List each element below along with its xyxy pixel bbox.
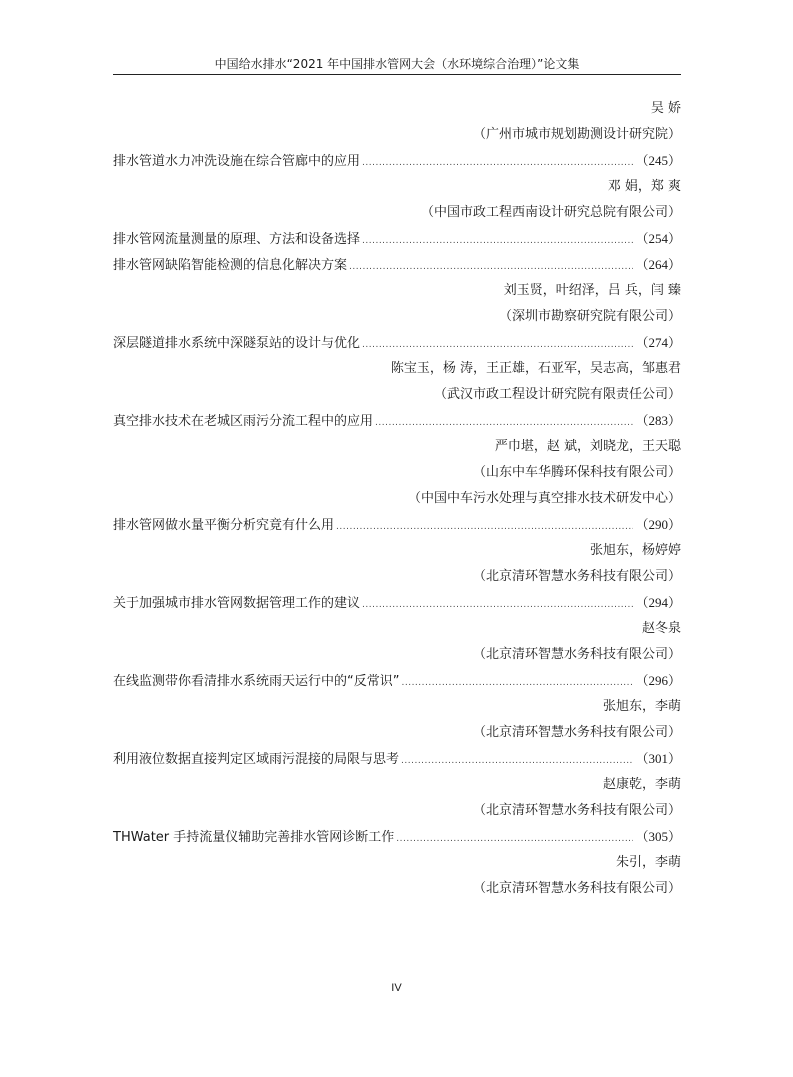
- toc-entry-page: （245）: [635, 148, 681, 174]
- toc-entry[interactable]: 真空排水技术在老城区雨污分流工程中的应用 （283）: [113, 408, 681, 434]
- toc-entry[interactable]: 在线监测带你看清排水系统雨天运行中的“反常识” （296）: [113, 668, 681, 694]
- toc-entry-title: 关于加强城市排水管网数据管理工作的建议: [113, 591, 360, 617]
- dot-leader: [401, 747, 633, 774]
- toc-author: 严巾堪，赵 斌，刘晓龙，王天聪: [113, 434, 681, 460]
- toc-entry-page: （305）: [635, 824, 681, 850]
- toc-entry[interactable]: 深层隧道排水系统中深隧泵站的设计与优化 （274）: [113, 330, 681, 356]
- toc-entry[interactable]: THWater 手持流量仪辅助完善排水管网诊断工作 （305）: [113, 824, 681, 850]
- toc-affiliation: （北京清环智慧水务科技有限公司）: [113, 798, 681, 824]
- toc-entry-title: 排水管网做水量平衡分析究竟有什么用: [113, 513, 334, 539]
- toc-entry-title: 深层隧道排水系统中深隧泵站的设计与优化: [113, 331, 360, 357]
- toc-entry-page: （264）: [635, 252, 681, 278]
- toc-entry-page: （290）: [635, 512, 681, 538]
- toc-entry[interactable]: 排水管道水力冲洗设施在综合管廊中的应用 （245）: [113, 148, 681, 174]
- toc-affiliation: （北京清环智慧水务科技有限公司）: [113, 642, 681, 668]
- toc-author: 吴 娇: [113, 96, 681, 122]
- toc-entry-page: （274）: [635, 330, 681, 356]
- toc-entry-title: THWater 手持流量仪辅助完善排水管网诊断工作: [113, 825, 394, 851]
- toc-entry[interactable]: 关于加强城市排水管网数据管理工作的建议 （294）: [113, 590, 681, 616]
- dot-leader: [362, 227, 633, 254]
- toc-entry[interactable]: 排水管网缺陷智能检测的信息化解决方案 （264）: [113, 252, 681, 278]
- dot-leader: [401, 669, 633, 696]
- toc-author: 陈宝玉，杨 涛，王正雄，石亚军，吴志高，邹惠君: [113, 356, 681, 382]
- dot-leader: [362, 331, 633, 358]
- toc-affiliation: （北京清环智慧水务科技有限公司）: [113, 564, 681, 590]
- toc-entry-title: 排水管道水力冲洗设施在综合管廊中的应用: [113, 149, 360, 175]
- dot-leader: [336, 513, 633, 540]
- header-rule: [113, 74, 681, 75]
- toc-entry[interactable]: 利用液位数据直接判定区域雨污混接的局限与思考 （301）: [113, 746, 681, 772]
- toc-affiliation: （中国中车污水处理与真空排水技术研发中心）: [113, 486, 681, 512]
- toc-affiliation: （深圳市勘察研究院有限公司）: [113, 304, 681, 330]
- toc-author: 邓 娟，郑 爽: [113, 174, 681, 200]
- toc-affiliation: （北京清环智慧水务科技有限公司）: [113, 720, 681, 746]
- toc-affiliation: （武汉市政工程设计研究院有限责任公司）: [113, 382, 681, 408]
- dot-leader: [375, 409, 633, 436]
- dot-leader: [362, 591, 633, 618]
- toc-affiliation: （中国市政工程西南设计研究总院有限公司）: [113, 200, 681, 226]
- toc-entry-page: （296）: [635, 668, 681, 694]
- toc-entry-page: （254）: [635, 226, 681, 252]
- dot-leader: [349, 253, 633, 280]
- toc-entry-page: （283）: [635, 408, 681, 434]
- toc-author: 张旭东，杨婷婷: [113, 538, 681, 564]
- running-header: 中国给水排水“2021 年中国排水管网大会（水环境综合治理）”论文集: [113, 56, 681, 72]
- toc-list: 吴 娇 （广州市城市规划勘测设计研究院） 排水管道水力冲洗设施在综合管廊中的应用…: [113, 96, 681, 902]
- toc-affiliation: （山东中车华腾环保科技有限公司）: [113, 460, 681, 486]
- toc-author: 赵冬泉: [113, 616, 681, 642]
- toc-entry-title: 在线监测带你看清排水系统雨天运行中的“反常识”: [113, 669, 399, 695]
- toc-affiliation: （北京清环智慧水务科技有限公司）: [113, 876, 681, 902]
- toc-author: 赵康乾，李萌: [113, 772, 681, 798]
- dot-leader: [362, 149, 633, 176]
- dot-leader: [396, 825, 633, 852]
- toc-author: 张旭东，李萌: [113, 694, 681, 720]
- page-number: IV: [0, 982, 793, 994]
- toc-entry[interactable]: 排水管网做水量平衡分析究竟有什么用 （290）: [113, 512, 681, 538]
- toc-entry[interactable]: 排水管网流量测量的原理、方法和设备选择 （254）: [113, 226, 681, 252]
- toc-entry-title: 利用液位数据直接判定区域雨污混接的局限与思考: [113, 747, 399, 773]
- toc-entry-title: 排水管网流量测量的原理、方法和设备选择: [113, 227, 360, 253]
- toc-affiliation: （广州市城市规划勘测设计研究院）: [113, 122, 681, 148]
- toc-entry-title: 排水管网缺陷智能检测的信息化解决方案: [113, 253, 347, 279]
- toc-entry-page: （301）: [635, 746, 681, 772]
- toc-author: 朱引，李萌: [113, 850, 681, 876]
- toc-entry-page: （294）: [635, 590, 681, 616]
- toc-entry-title: 真空排水技术在老城区雨污分流工程中的应用: [113, 409, 373, 435]
- toc-author: 刘玉贤，叶绍泽，吕 兵，闫 臻: [113, 278, 681, 304]
